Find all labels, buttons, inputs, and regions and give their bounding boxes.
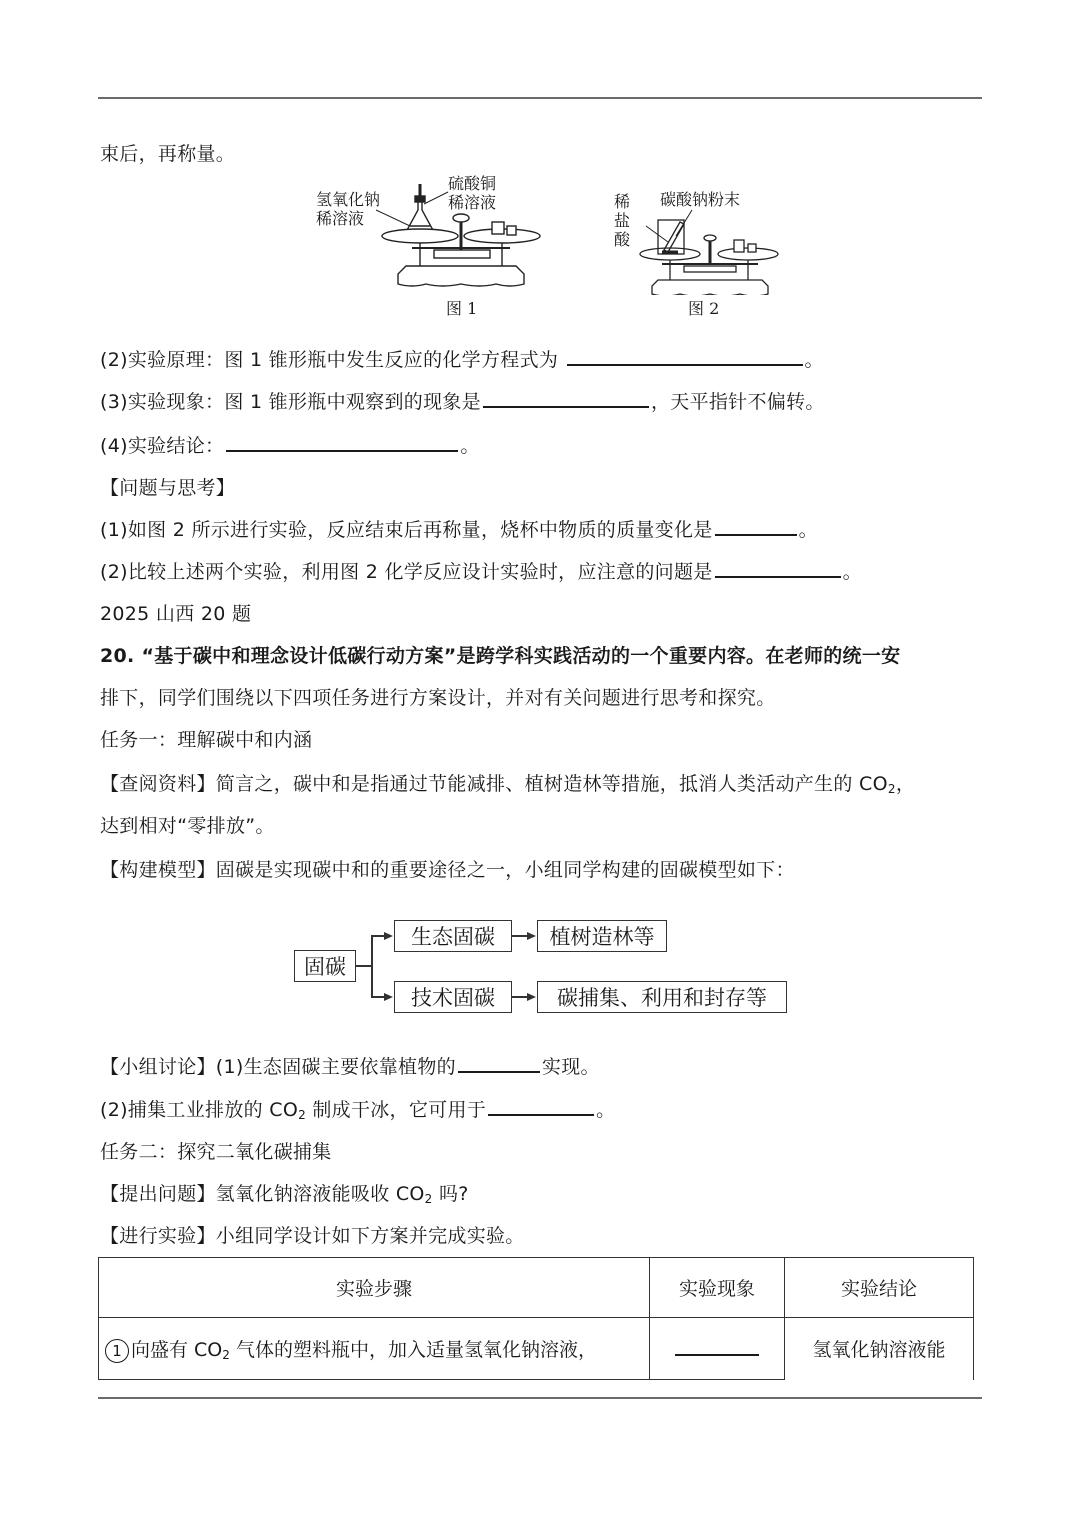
- diagram-connector: [371, 935, 385, 937]
- q20-intro-line-2: 排下，同学们围绕以下四项任务进行方案设计，并对有关问题进行思考和探究。: [100, 684, 776, 712]
- figure-1: 氢氧化钠 稀溶液 硫酸铜 稀溶液: [310, 170, 550, 320]
- header-steps: 实验步骤: [99, 1258, 650, 1318]
- question-line: 【提出问题】氢氧化钠溶液能吸收 CO2 吗?: [100, 1180, 469, 1208]
- answer-blank-plant-process[interactable]: [458, 1053, 540, 1073]
- continuation-text: 束后，再称量。: [100, 140, 235, 168]
- header-phenomenon: 实验现象: [650, 1258, 785, 1318]
- diagram-connector: [356, 965, 372, 967]
- discussion-2: (2)捕集工业排放的 CO2 制成干冰，它可用于。: [100, 1096, 615, 1124]
- diagram-connector: [371, 996, 385, 998]
- answer-blank-mass-change[interactable]: [715, 516, 797, 536]
- q20-intro-line-1: 20. “基于碳中和理念设计低碳行动方案”是跨学科实践活动的一个重要内容。在老师…: [100, 642, 900, 670]
- arrow-icon: [384, 993, 393, 1001]
- figure-2-caption: 图 2: [688, 296, 719, 319]
- arrow-icon: [527, 993, 536, 1001]
- diagram-connector: [512, 996, 528, 998]
- question-principle: (2)实验原理：图 1 锥形瓶中发生反应的化学方程式为 。: [100, 346, 824, 374]
- discussion-1: 【小组讨论】(1)生态固碳主要依靠植物的实现。: [100, 1053, 600, 1081]
- diagram-result-ecological: 植树造林等: [537, 920, 667, 952]
- think-question-1: (1)如图 2 所示进行实验，反应结束后再称量，烧杯中物质的质量变化是。: [100, 516, 818, 544]
- diagram-connector: [512, 935, 528, 937]
- figure-1-caption: 图 1: [446, 296, 477, 319]
- header-conclusion: 实验结论: [785, 1258, 974, 1318]
- answer-blank-conclusion[interactable]: [226, 432, 458, 452]
- table-header-row: 实验步骤 实验现象 实验结论: [99, 1258, 974, 1318]
- think-question-2: (2)比较上述两个实验，利用图 2 化学反应设计实验时，应注意的问题是。: [100, 558, 862, 586]
- footer-rule: [98, 1397, 982, 1399]
- answer-blank-dry-ice-use[interactable]: [488, 1096, 594, 1116]
- answer-blank-phenomenon[interactable]: [483, 388, 649, 408]
- question-conclusion: (4)实验结论：。: [100, 432, 480, 460]
- cell-step: 1向盛有 CO2 气体的塑料瓶中，加入适量氢氧化钠溶液，: [99, 1318, 650, 1380]
- cell-conclusion: 氢氧化钠溶液能: [785, 1318, 974, 1380]
- lookup-line-2: 达到相对“零排放”。: [100, 812, 275, 840]
- question-phenomenon: (3)实验现象：图 1 锥形瓶中观察到的现象是，天平指针不偏转。: [100, 388, 825, 416]
- source-tag: 2025 山西 20 题: [100, 600, 251, 628]
- experiment-line: 【进行实验】小组同学设计如下方案并完成实验。: [100, 1222, 525, 1250]
- step-number-circle: 1: [105, 1339, 129, 1363]
- diagram-branch-technical: 技术固碳: [394, 981, 512, 1013]
- task-1-title: 任务一：理解碳中和内涵: [100, 726, 312, 754]
- section-think-heading: 【问题与思考】: [100, 474, 235, 502]
- experiment-table: 实验步骤 实验现象 实验结论 1向盛有 CO2 气体的塑料瓶中，加入适量氢氧化钠…: [98, 1257, 974, 1380]
- model-line: 【构建模型】固碳是实现碳中和的重要途径之一，小组同学构建的固碳模型如下：: [100, 856, 795, 884]
- diagram-connector: [371, 935, 373, 997]
- answer-blank-attention[interactable]: [715, 558, 841, 578]
- figure-2: 稀 盐 酸 碳酸钠粉末 图 2: [610, 180, 800, 320]
- balance-flask-illustration: [310, 170, 550, 290]
- diagram-result-technical: 碳捕集、利用和封存等: [537, 981, 787, 1013]
- balance-beaker-illustration: [610, 180, 800, 295]
- diagram-root-box: 固碳: [294, 950, 356, 982]
- header-rule: [98, 97, 982, 99]
- cell-phenomenon: [650, 1318, 785, 1380]
- task-2-title: 任务二：探究二氧化碳捕集: [100, 1138, 332, 1166]
- diagram-branch-ecological: 生态固碳: [394, 920, 512, 952]
- answer-blank-table-phenomenon[interactable]: [675, 1336, 759, 1356]
- arrow-icon: [527, 932, 536, 940]
- arrow-icon: [384, 932, 393, 940]
- table-row: 1向盛有 CO2 气体的塑料瓶中，加入适量氢氧化钠溶液， 氢氧化钠溶液能: [99, 1318, 974, 1380]
- lookup-line-1: 【查阅资料】简言之，碳中和是指通过节能减排、植树造林等措施，抵消人类活动产生的 …: [100, 770, 915, 798]
- answer-blank-equation[interactable]: [567, 346, 803, 366]
